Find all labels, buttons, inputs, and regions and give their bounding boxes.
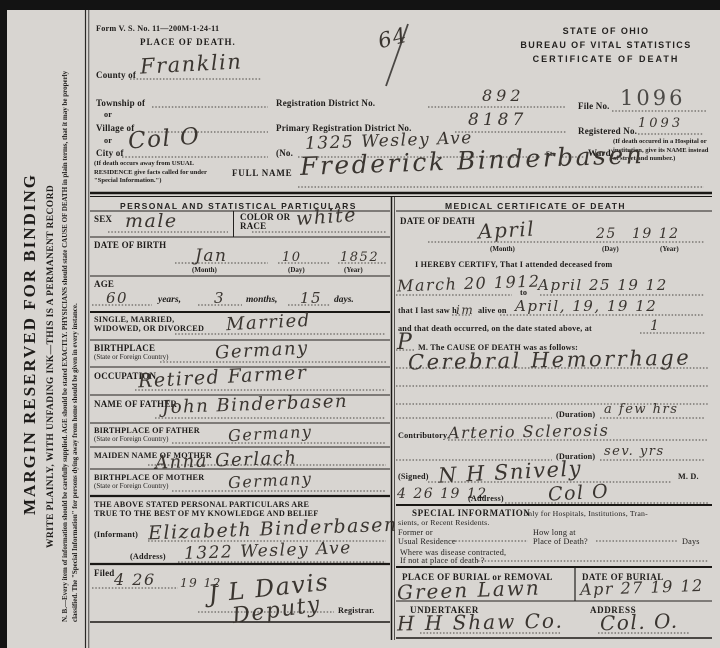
- informant-value: Elizabeth Binderbasen: [148, 514, 398, 545]
- burial-place-value: Green Lawn: [397, 576, 541, 605]
- signed-address-label: (Address): [468, 494, 504, 503]
- contributory-label: Contributory: [398, 431, 447, 440]
- former-residence-label1: Former or: [398, 528, 433, 537]
- marital-label-line1: SINGLE, MARRIED,: [94, 315, 174, 324]
- dod-year-value: 19 12: [632, 226, 680, 242]
- cause-of-death-value: Cerebral Hemorrhage: [408, 346, 692, 375]
- place-of-death-title: PLACE OF DEATH.: [140, 37, 236, 47]
- age-years-caption: years,: [158, 295, 181, 305]
- informant-address-label: (Address): [130, 552, 166, 561]
- howlong-label2: Place of Death?: [533, 537, 588, 546]
- dob-year-caption: (Year): [344, 266, 363, 274]
- date-of-birth-label: DATE OF BIRTH: [94, 240, 166, 250]
- certificate-title: CERTIFICATE OF DEATH: [500, 54, 712, 64]
- attestation-line1: THE ABOVE STATED PERSONAL PARTICULARS AR…: [94, 500, 309, 509]
- form-number: Form V. S. No. 11—200M-1-24-11: [96, 24, 219, 33]
- special-info-title: SPECIAL INFORMATION: [412, 508, 531, 518]
- special-info-rest2: sients, or Recent Residents.: [398, 518, 490, 527]
- margin-nb-note: N. B.—Every item of information should b…: [60, 47, 80, 622]
- former-residence-label2: Usual Residence: [398, 537, 456, 546]
- dod-month-caption: (Month): [490, 245, 515, 253]
- date-of-death-label: DATE OF DEATH: [400, 216, 475, 226]
- age-label: AGE: [94, 279, 114, 289]
- age-days-caption: days.: [334, 295, 354, 305]
- marital-label-line2: WIDOWED, OR DIVORCED: [94, 324, 204, 333]
- undertaker-value: H H Shaw Co.: [397, 609, 564, 636]
- birthplace-value: Germany: [215, 338, 310, 364]
- state-header-block: STATE OF OHIO BUREAU OF VITAL STATISTICS…: [500, 26, 712, 64]
- sex-value: male: [125, 210, 178, 232]
- usual-residence-note: (If death occurs away from USUAL RESIDEN…: [94, 160, 212, 186]
- signed-label: (Signed): [398, 472, 429, 481]
- days-label: Days: [682, 537, 700, 546]
- dod-day-caption: (Day): [602, 245, 619, 253]
- father-birthplace-label: BIRTHPLACE OF FATHER: [94, 426, 200, 435]
- duration1-label: (Duration): [556, 410, 595, 419]
- md-label: M. D.: [678, 472, 699, 481]
- file-no-value: 1096: [620, 86, 685, 110]
- medical-section-title: MEDICAL CERTIFICATE OF DEATH: [445, 201, 626, 211]
- street-no-label: (No.: [276, 148, 293, 158]
- state-of-ohio: STATE OF OHIO: [500, 26, 712, 36]
- dob-day-value: 10: [282, 250, 302, 265]
- dob-day-caption: (Day): [288, 266, 305, 274]
- last-saw-prefix: that I last saw h: [398, 306, 457, 315]
- scan-edge-top: [0, 0, 720, 10]
- primary-district-value: 8187: [468, 110, 527, 130]
- attended-to-label: to: [520, 288, 527, 297]
- or-label-2: or: [104, 136, 112, 145]
- scan-edge-left: [0, 0, 7, 648]
- birthplace-state-note: (State or Foreign Country): [94, 353, 168, 361]
- contracted-label2: If not at place of death ?: [400, 556, 485, 565]
- filed-date-value: 4 26: [114, 570, 156, 589]
- dod-day-value: 25: [596, 226, 617, 242]
- color-race-label-line2: RACE: [240, 221, 266, 231]
- registration-district-value: 892: [482, 86, 525, 105]
- attended-to-value: April 25 19 12: [538, 276, 668, 294]
- registration-district-label: Registration District No.: [276, 98, 375, 108]
- father-name-value: John Binderbasen: [162, 391, 349, 418]
- county-label: County of: [96, 70, 136, 80]
- dob-month-value: Jan: [195, 246, 227, 266]
- dob-year-value: 1852: [340, 250, 379, 265]
- marital-value: Married: [226, 310, 312, 335]
- last-saw-mid: alive on: [478, 306, 507, 315]
- age-years-value: 60: [106, 289, 128, 307]
- mother-birthplace-state-note: (State or Foreign Country): [94, 482, 168, 490]
- howlong-label1: How long at: [533, 528, 576, 537]
- registered-no-label: Registered No.: [578, 126, 637, 136]
- burial-date-value: Apr 27 19 12: [580, 576, 704, 599]
- filed-label: Filed: [94, 568, 115, 578]
- age-months-caption: months,: [246, 295, 277, 305]
- special-info-rest1: only for Hospitals, Institutions, Tran-: [524, 509, 648, 518]
- occurred-line: and that death occurred, on the date sta…: [398, 324, 592, 333]
- or-label-1: or: [104, 110, 112, 119]
- occupation-value: Retired Farmer: [138, 362, 308, 393]
- bureau-title: BUREAU OF VITAL STATISTICS: [500, 40, 712, 50]
- dod-year-caption: (Year): [660, 245, 679, 253]
- informant-label: (Informant): [94, 530, 138, 539]
- full-name-label: FULL NAME: [232, 168, 292, 178]
- margin-binding-text: MARGIN RESERVED FOR BINDING: [20, 173, 40, 515]
- sex-label: SEX: [94, 214, 112, 224]
- county-value: Franklin: [139, 49, 242, 78]
- death-certificate-scan: MARGIN RESERVED FOR BINDING WRITE PLAINL…: [0, 0, 720, 648]
- mother-birthplace-value: Germany: [228, 469, 313, 492]
- file-no-label: File No.: [578, 101, 610, 111]
- occurred-time-value: 1: [650, 318, 660, 334]
- page-number-annotation: 64: [376, 23, 411, 53]
- township-label: Township of: [96, 98, 145, 108]
- city-value: Col O: [127, 124, 201, 155]
- registrar-label: Registrar.: [338, 606, 374, 615]
- color-race-value: white: [295, 204, 357, 230]
- last-saw-date-value: April, 19, 19 12: [515, 297, 657, 315]
- margin-write-plainly-text: WRITE PLAINLY, WITH UNFADING INK—THIS IS…: [46, 185, 56, 548]
- duration1-value: a few hrs: [604, 402, 678, 417]
- father-birthplace-value: Germany: [228, 422, 313, 445]
- dod-month-value: April: [477, 217, 535, 244]
- signed-address-value: Col O: [547, 480, 609, 505]
- registered-no-value: 1093: [638, 116, 683, 131]
- dob-month-caption: (Month): [192, 266, 217, 274]
- age-months-value: 3: [214, 289, 225, 307]
- city-label: City of: [96, 148, 124, 158]
- duration2-value: sev. yrs: [604, 444, 665, 459]
- contributory-value: Arterio Sclerosis: [448, 421, 610, 443]
- birthplace-label: BIRTHPLACE: [94, 343, 155, 353]
- age-days-value: 15: [300, 289, 322, 307]
- mother-name-value: Anna Gerlach: [155, 448, 298, 474]
- undertaker-address-value: Col. O.: [600, 609, 679, 636]
- mother-birthplace-label: BIRTHPLACE OF MOTHER: [94, 473, 204, 482]
- last-saw-fill: im: [456, 303, 474, 317]
- father-birthplace-state-note: (State or Foreign Country): [94, 435, 168, 443]
- certify-line: I HEREBY CERTIFY, That I attended deceas…: [415, 260, 612, 269]
